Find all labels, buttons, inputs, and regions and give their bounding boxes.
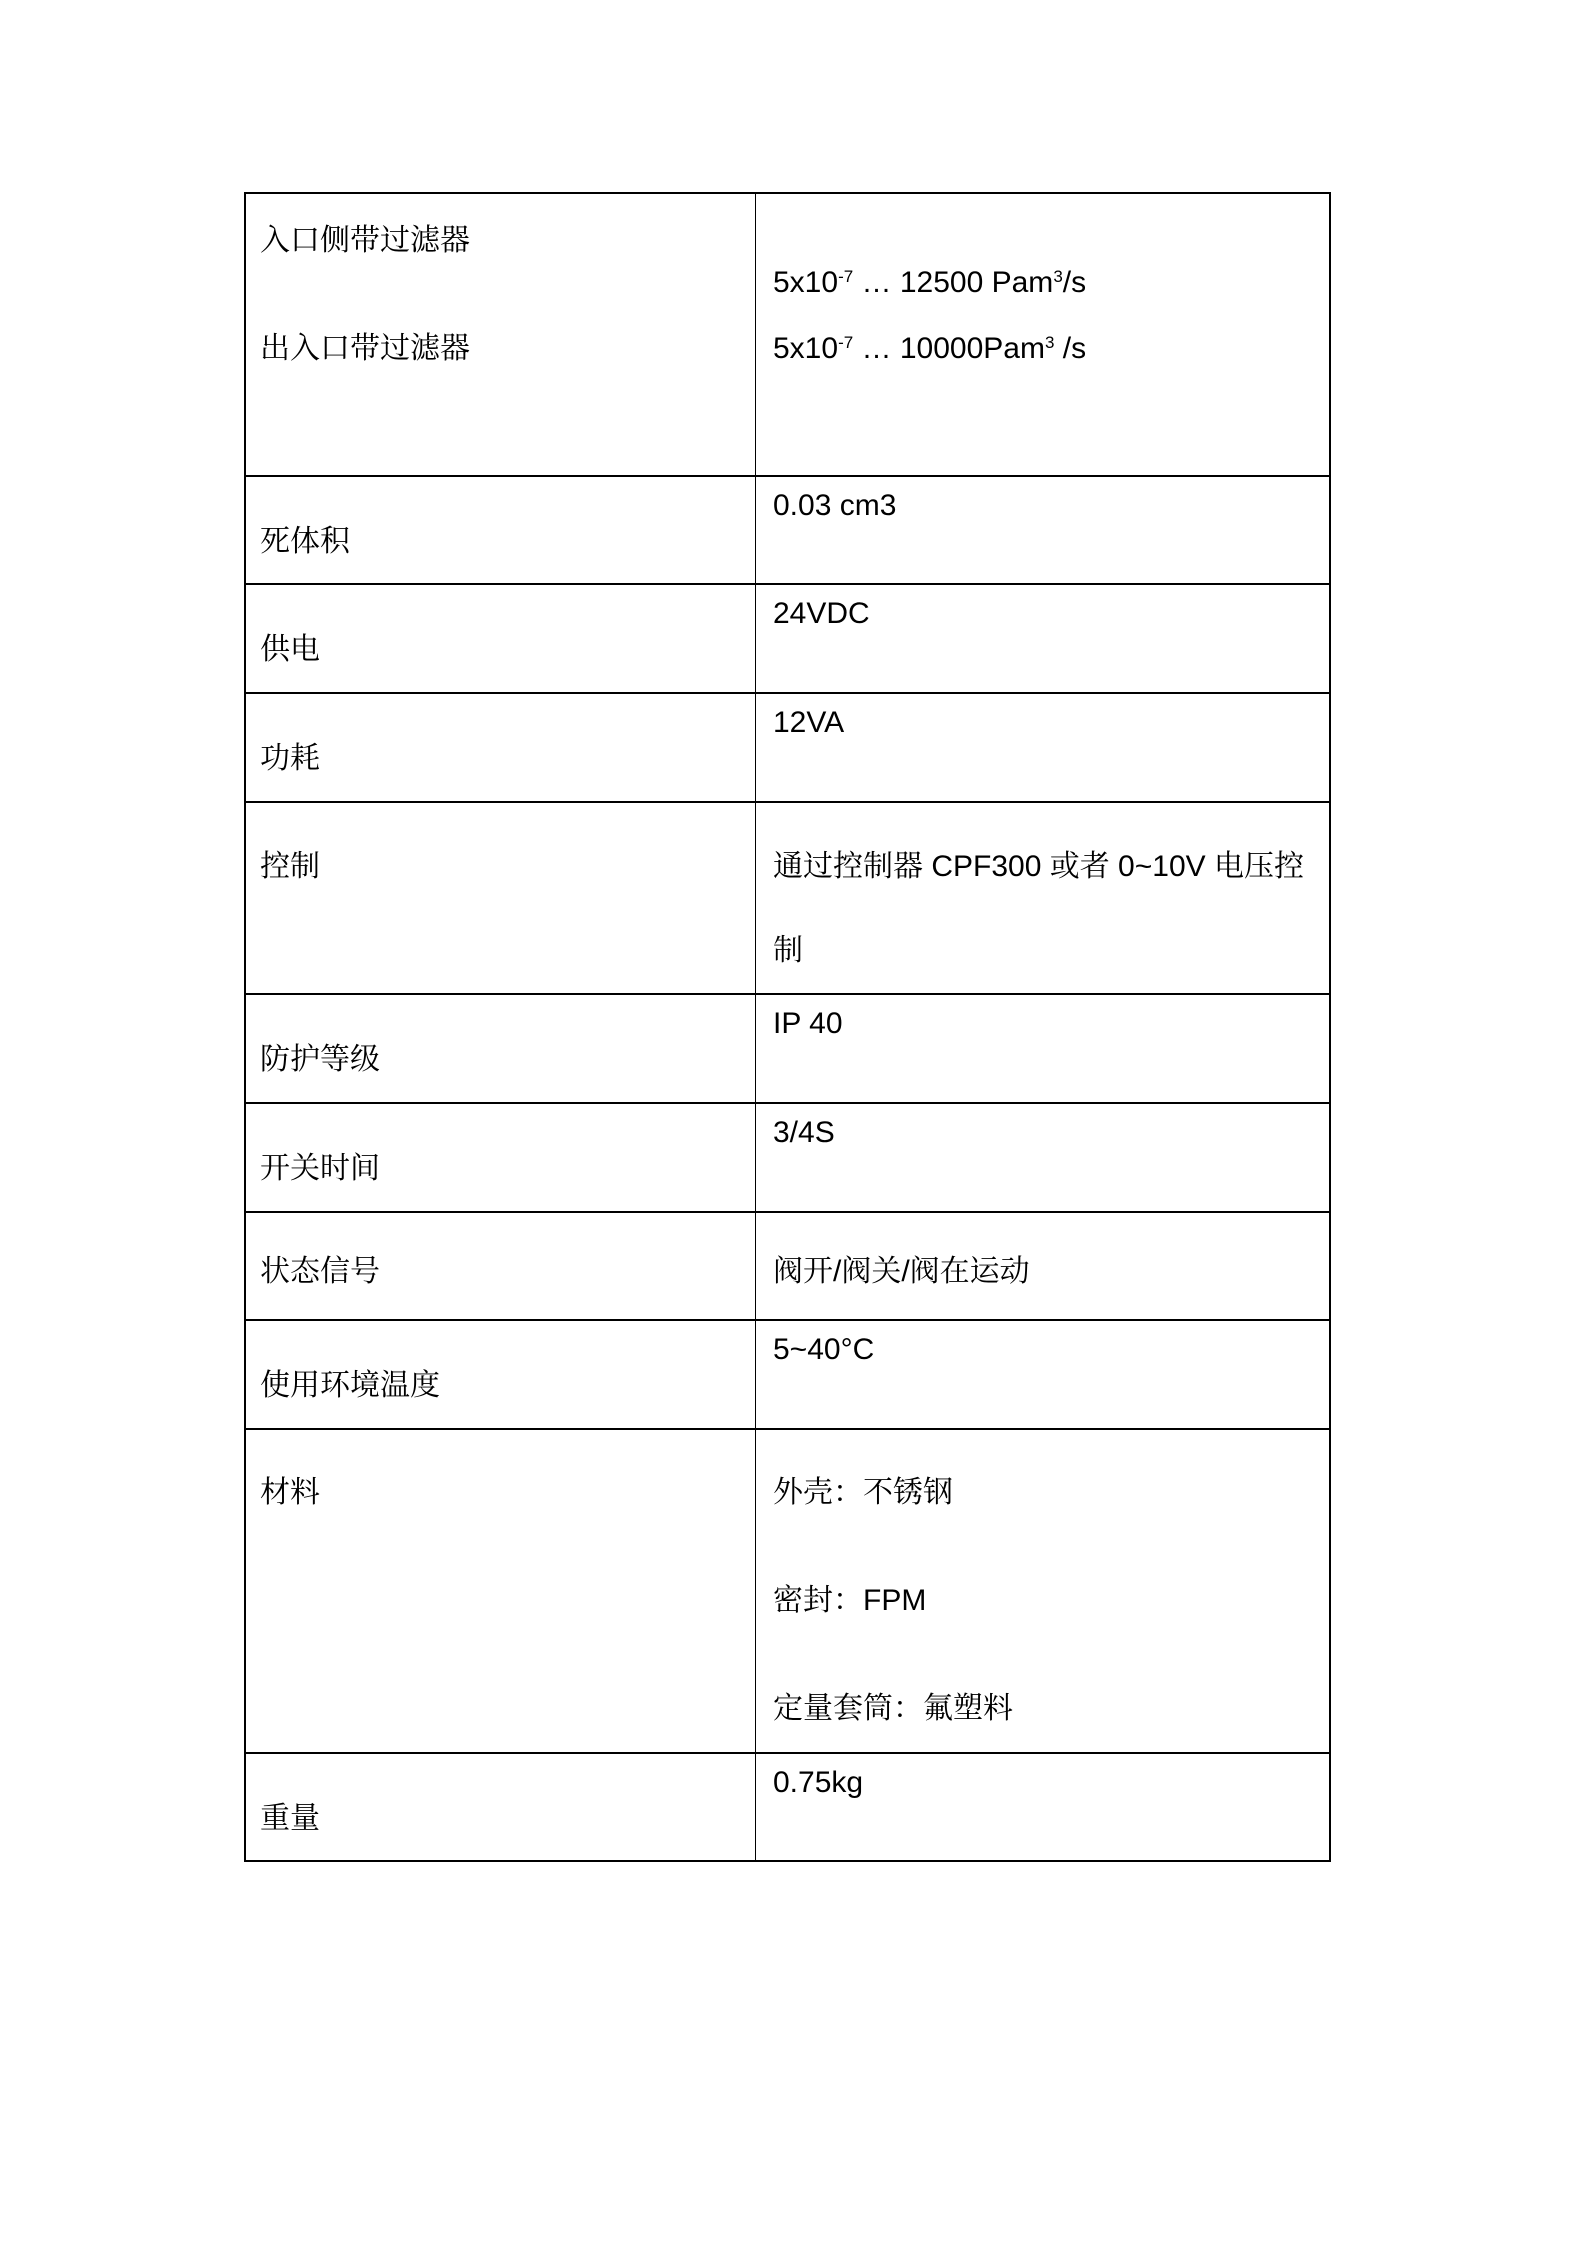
table-row-protection-class: 防护等级 IP 40	[246, 993, 1329, 1103]
row-value-line-1: 外壳：不锈钢	[773, 1476, 953, 1510]
row-label: 功耗	[260, 742, 320, 776]
row-value: IP 40	[773, 1007, 843, 1041]
table-row-power-supply: 供电 24VDC	[246, 583, 1329, 693]
row-value: 阀开/阀关/阀在运动	[773, 1255, 1030, 1289]
table-row-materials: 材料 外壳：不锈钢 密封：FPM 定量套筒：氟塑料	[246, 1428, 1329, 1754]
row-label: 重量	[260, 1802, 320, 1836]
row-value-line-2: 密封：FPM	[773, 1584, 926, 1618]
row-value-line-1: 通过控制器 CPF300 或者 0~10V 电压控	[773, 850, 1304, 884]
row-value: 5~40°C	[773, 1333, 874, 1367]
row-value: 0.75kg	[773, 1766, 863, 1800]
table-row-dead-volume: 死体积 0.03 cm3	[246, 475, 1329, 585]
row-value: 24VDC	[773, 597, 870, 631]
table-row-switching-time: 开关时间 3/4S	[246, 1102, 1329, 1212]
row-label: 死体积	[260, 525, 350, 559]
label-inlet-filter: 入口侧带过滤器	[260, 224, 470, 258]
row-label: 使用环境温度	[260, 1369, 440, 1403]
row-value-line-2: 制	[773, 934, 803, 968]
table-row-control: 控制 通过控制器 CPF300 或者 0~10V 电压控 制	[246, 801, 1329, 995]
row-value: 3/4S	[773, 1116, 835, 1150]
table-row-status-signal: 状态信号 阀开/阀关/阀在运动	[246, 1211, 1329, 1321]
row-label: 状态信号	[260, 1255, 380, 1289]
table-row-power-consumption: 功耗 12VA	[246, 692, 1329, 802]
table-row-weight: 重量 0.75kg	[246, 1752, 1329, 1862]
row-value-line-3: 定量套筒：氟塑料	[773, 1692, 1013, 1726]
label-inout-filter: 出入口带过滤器	[260, 332, 470, 366]
row-label: 防护等级	[260, 1043, 380, 1077]
row-label: 供电	[260, 633, 320, 667]
table-row-flow-range: 入口侧带过滤器 出入口带过滤器 5x10-7 … 12500 Pam3/s 5x…	[246, 194, 1329, 477]
value-inout-filter: 5x10-7 … 10000Pam3 /s	[773, 332, 1086, 366]
value-inlet-filter: 5x10-7 … 12500 Pam3/s	[773, 266, 1086, 300]
row-label: 开关时间	[260, 1152, 380, 1186]
table-row-ambient-temperature: 使用环境温度 5~40°C	[246, 1319, 1329, 1429]
row-value: 12VA	[773, 706, 844, 740]
row-label: 控制	[260, 850, 320, 884]
row-label: 材料	[260, 1476, 320, 1510]
row-value: 0.03 cm3	[773, 489, 896, 523]
spec-table: 入口侧带过滤器 出入口带过滤器 5x10-7 … 12500 Pam3/s 5x…	[244, 192, 1331, 1862]
